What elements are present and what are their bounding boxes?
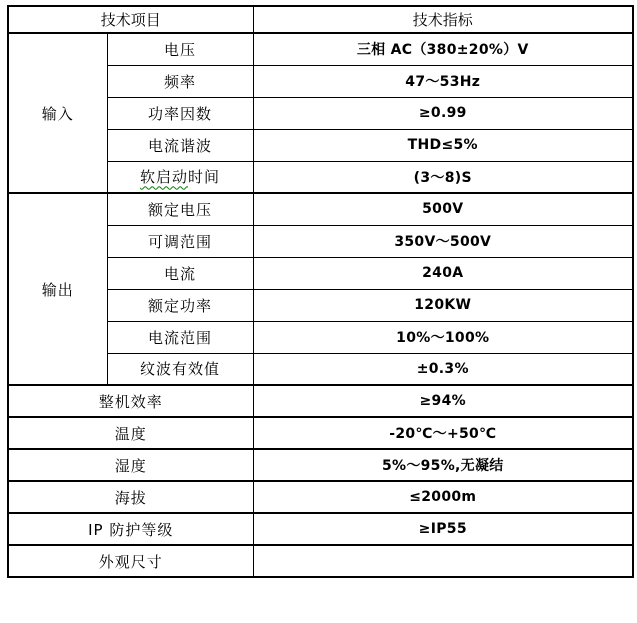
row-label-adjustable-range: 可调范围	[107, 225, 253, 257]
row-value-adjustable-range: 350V～500V	[253, 225, 633, 257]
table-row: 输出 额定电压 500V	[8, 193, 633, 225]
table-row: IP 防护等级 ≥IP55	[8, 513, 633, 545]
row-label-current-harmonics: 电流谐波	[107, 129, 253, 161]
table-row: 海拔 ≤2000m	[8, 481, 633, 513]
header-cell-tech-spec: 技术指标	[253, 6, 633, 33]
table-row: 输入 电压 三相 AC（380±20%）V	[8, 33, 633, 65]
row-value-overall-efficiency: ≥94%	[253, 385, 633, 417]
row-value-rated-power: 120KW	[253, 289, 633, 321]
table-row: 湿度 5%～95%,无凝结	[8, 449, 633, 481]
row-label-rated-voltage: 额定电压	[107, 193, 253, 225]
row-value-voltage: 三相 AC（380±20%）V	[253, 33, 633, 65]
row-value-dimensions	[253, 545, 633, 577]
row-label-voltage: 电压	[107, 33, 253, 65]
row-value-current-range: 10%～100%	[253, 321, 633, 353]
spec-sheet-page: 技术项目 技术指标 输入 电压 三相 AC（380±20%）V 频率 47～53…	[0, 0, 637, 623]
table-row: 外观尺寸	[8, 545, 633, 577]
row-value-ip-rating: ≥IP55	[253, 513, 633, 545]
row-label-current: 电流	[107, 257, 253, 289]
row-label-altitude: 海拔	[8, 481, 253, 513]
table-row: 温度 -20℃～+50℃	[8, 417, 633, 449]
row-value-ripple-rms: ±0.3%	[253, 353, 633, 385]
row-label-soft-start-time: 软启动时间	[107, 161, 253, 193]
row-label-dimensions: 外观尺寸	[8, 545, 253, 577]
row-label-overall-efficiency: 整机效率	[8, 385, 253, 417]
row-value-current: 240A	[253, 257, 633, 289]
row-value-soft-start-time: (3～8)S	[253, 161, 633, 193]
row-label-ip-rating: IP 防护等级	[8, 513, 253, 545]
row-value-power-factor: ≥0.99	[253, 97, 633, 129]
row-label-ripple-rms: 纹波有效值	[107, 353, 253, 385]
group-cell-output: 输出	[8, 193, 107, 385]
row-label-power-factor: 功率因数	[107, 97, 253, 129]
row-label-temperature: 温度	[8, 417, 253, 449]
table-header-row: 技术项目 技术指标	[8, 6, 633, 33]
row-label-humidity: 湿度	[8, 449, 253, 481]
row-value-altitude: ≤2000m	[253, 481, 633, 513]
table-row: 整机效率 ≥94%	[8, 385, 633, 417]
row-label-current-range: 电流范围	[107, 321, 253, 353]
row-value-current-harmonics: THD≤5%	[253, 129, 633, 161]
technical-spec-table: 技术项目 技术指标 输入 电压 三相 AC（380±20%）V 频率 47～53…	[7, 5, 634, 578]
group-cell-input: 输入	[8, 33, 107, 193]
soft-start-label-rest: 时间	[188, 168, 220, 186]
row-label-rated-power: 额定功率	[107, 289, 253, 321]
spellcheck-underline-text: 软启动	[140, 168, 188, 186]
row-label-frequency: 频率	[107, 65, 253, 97]
row-value-humidity: 5%～95%,无凝结	[253, 449, 633, 481]
row-value-frequency: 47～53Hz	[253, 65, 633, 97]
row-value-rated-voltage: 500V	[253, 193, 633, 225]
header-cell-tech-item: 技术项目	[8, 6, 253, 33]
row-value-temperature: -20℃～+50℃	[253, 417, 633, 449]
